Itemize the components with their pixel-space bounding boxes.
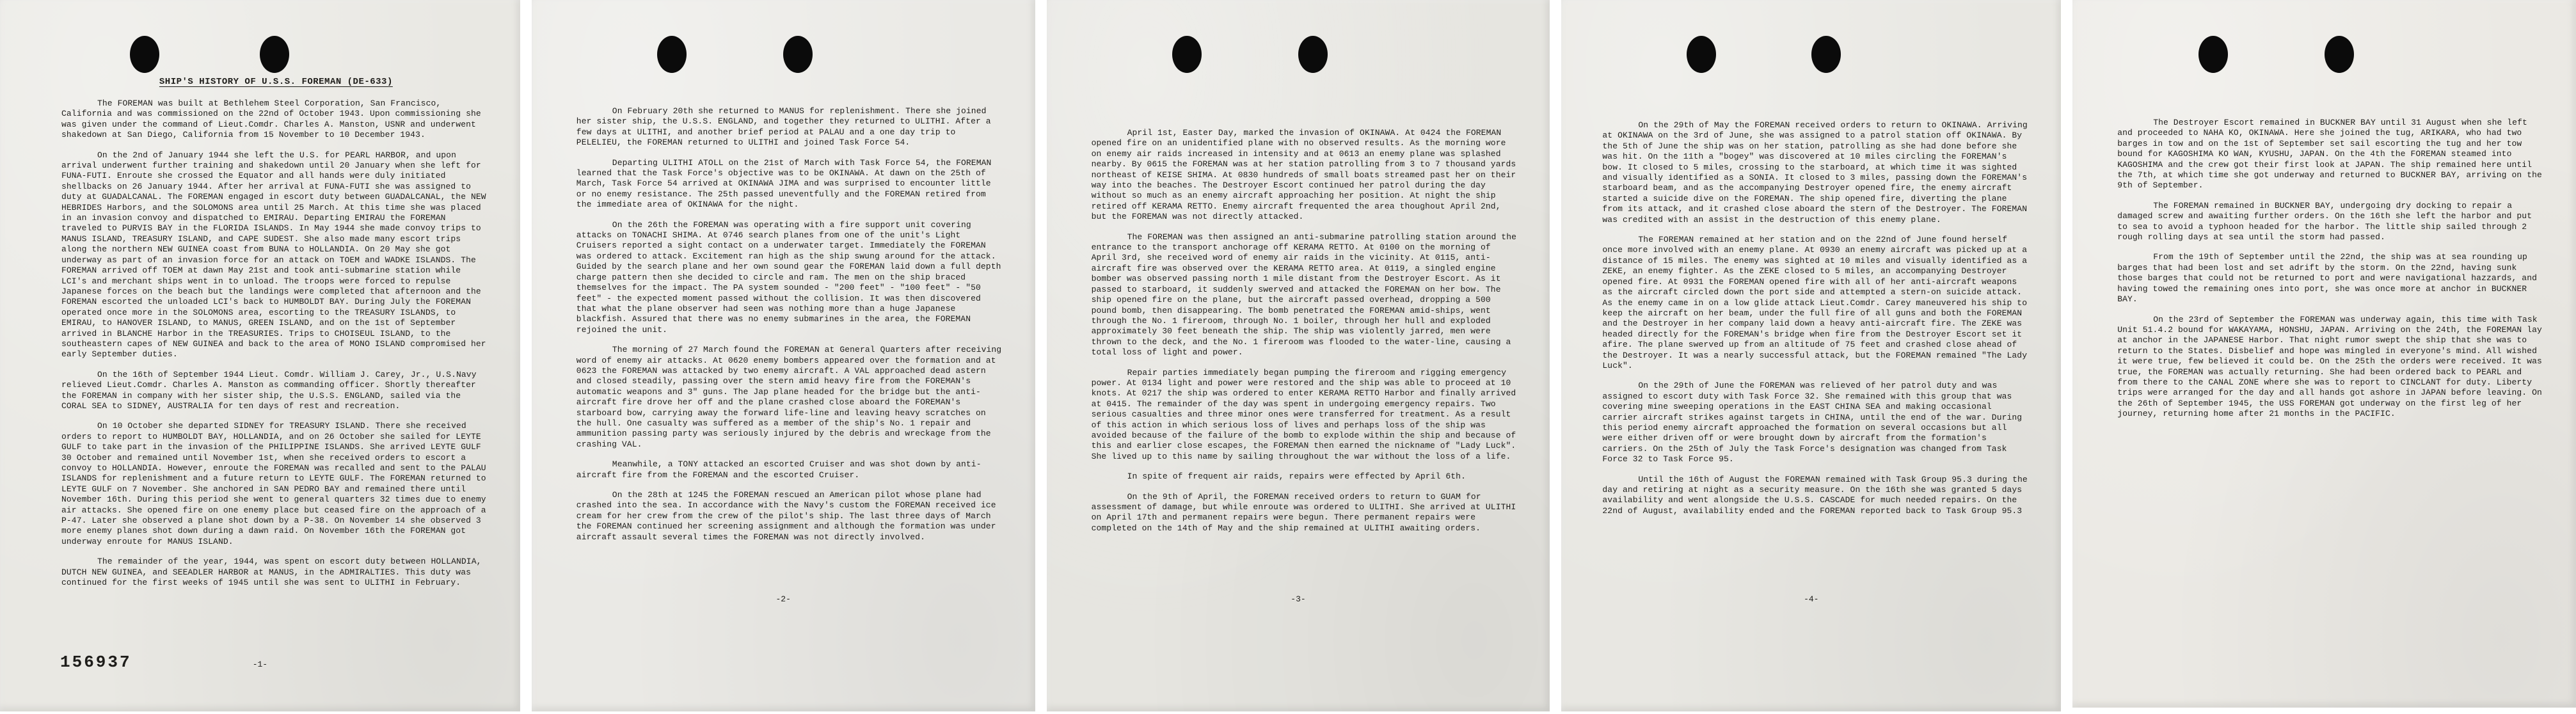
- paragraph: The FOREMAN was built at Bethlehem Steel…: [61, 99, 491, 141]
- page-number: -1-: [0, 660, 520, 669]
- paragraph: On the 28th at 1245 the FOREMAN rescued …: [576, 490, 1006, 543]
- page-body: The FOREMAN was built at Bethlehem Steel…: [61, 99, 491, 588]
- punch-hole-icon: [1811, 36, 1841, 73]
- paragraph: The FOREMAN was then assigned an anti-su…: [1092, 232, 1521, 358]
- paragraph: On the 29th of May the FOREMAN received …: [1602, 120, 2031, 225]
- punch-hole-icon: [783, 36, 813, 73]
- paragraph: On the 2nd of January 1944 she left the …: [61, 150, 491, 360]
- punch-hole-icon: [1687, 36, 1716, 73]
- punch-hole-icon: [2325, 36, 2354, 73]
- paragraph: Repair parties immediately began pumping…: [1092, 368, 1521, 463]
- page-number: -4-: [1561, 594, 2061, 604]
- paragraph: The FOREMAN remained at her station and …: [1602, 235, 2031, 371]
- paragraph: On the 23rd of September the FOREMAN was…: [2117, 315, 2547, 420]
- paragraph: On February 20th she returned to MANUS f…: [576, 106, 1006, 148]
- paragraph: The remainder of the year, 1944, was spe…: [61, 557, 491, 588]
- page-number: -3-: [1047, 594, 1550, 604]
- paragraph: Meanwhile, a TONY attacked an escorted C…: [576, 459, 1006, 480]
- paragraph: On 10 October she departed SIDNEY for TR…: [61, 421, 491, 547]
- punch-hole-icon: [130, 36, 159, 73]
- page-body: April 1st, Easter Day, marked the invasi…: [1092, 0, 1521, 534]
- paragraph: From the 19th of September until the 22n…: [2117, 252, 2547, 305]
- paragraph: On the 16th of September 1944 Lieut. Com…: [61, 370, 491, 412]
- paragraph: The Destroyer Escort remained in BUCKNER…: [2117, 118, 2547, 191]
- scanned-page-4: On the 29th of May the FOREMAN received …: [1561, 0, 2061, 711]
- scanned-page-1: SHIP'S HISTORY OF U.S.S. FOREMAN (DE-633…: [0, 0, 520, 711]
- punch-hole-icon: [1172, 36, 1202, 73]
- document-title: SHIP'S HISTORY OF U.S.S. FOREMAN (DE-633…: [61, 77, 491, 87]
- punch-hole-icon: [260, 36, 289, 73]
- document-scan-strip: SHIP'S HISTORY OF U.S.S. FOREMAN (DE-633…: [0, 0, 2576, 714]
- paragraph: On the 26th the FOREMAN was operating wi…: [576, 220, 1006, 335]
- paragraph: On the 29th of June the FOREMAN was reli…: [1602, 381, 2031, 464]
- punch-hole-icon: [2198, 36, 2228, 73]
- paragraph: The morning of 27 March found the FOREMA…: [576, 345, 1006, 450]
- paragraph: The FOREMAN remained in BUCKNER BAY, und…: [2117, 201, 2547, 243]
- paragraph: Departing ULITHI ATOLL on the 21st of Ma…: [576, 158, 1006, 210]
- scanned-page-5: The Destroyer Escort remained in BUCKNER…: [2072, 0, 2576, 708]
- paragraph: April 1st, Easter Day, marked the invasi…: [1092, 128, 1521, 223]
- paragraph: In spite of frequent air raids, repairs …: [1092, 472, 1521, 482]
- page-body: On February 20th she returned to MANUS f…: [576, 0, 1006, 543]
- paragraph: On the 9th of April, the FOREMAN receive…: [1092, 492, 1521, 534]
- punch-hole-icon: [1298, 36, 1328, 73]
- scanned-page-3: April 1st, Easter Day, marked the invasi…: [1047, 0, 1550, 711]
- page-body: On the 29th of May the FOREMAN received …: [1602, 0, 2031, 516]
- scanned-page-2: On February 20th she returned to MANUS f…: [532, 0, 1035, 711]
- page-number: -2-: [532, 594, 1035, 604]
- page-footer: 156937 -1-: [0, 650, 520, 672]
- paragraph: Until the 16th of August the FOREMAN rem…: [1602, 475, 2031, 517]
